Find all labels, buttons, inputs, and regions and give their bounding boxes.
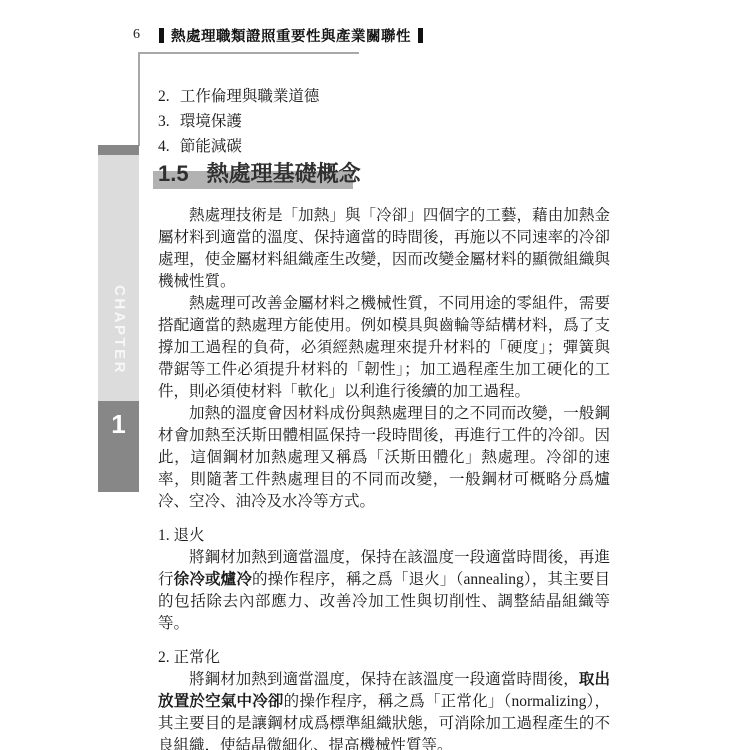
section-number: 1.5 [158, 159, 189, 189]
list-item-label: 環境保護 [180, 113, 242, 130]
list-item-marker: 4. [158, 134, 176, 159]
section-heading: 1.5 熱處理基礎概念 [158, 159, 610, 191]
book-page: 6 熱處理職類證照重要性與產業關聯性 CHAPTER 1 2. 工作倫理與職業道… [0, 0, 750, 750]
paragraph: 加熱的溫度會因材料成份與熱處理目的之不同而改變，一般鋼材會加熱至沃斯田體相區保持… [158, 403, 610, 513]
list-item-marker: 2. [158, 84, 176, 109]
sidebar-top-strip [98, 145, 139, 155]
text-column: 2. 工作倫理與職業道德 3. 環境保護 4. 節能減碳 1.5 熱處理基礎概念… [158, 84, 610, 750]
frame-left-rule [138, 52, 140, 146]
running-header: 熱處理職類證照重要性與產業關聯性 [159, 25, 423, 46]
header-bar-left-icon [159, 28, 164, 43]
chapter-number-badge: 1 [98, 401, 139, 492]
frame-top-rule [138, 52, 359, 54]
paragraph: 熱處理可改善金屬材料之機械性質，不同用途的零組件，需要搭配適當的熱處理方能使用。… [158, 293, 610, 403]
subsection-heading: 2. 正常化 [158, 647, 610, 669]
list-item-marker: 3. [158, 109, 176, 134]
paragraph: 將鋼材加熱到適當溫度，保持在該溫度一段適當時間後，取出放置於空氣中冷卻的操作程序… [158, 669, 610, 750]
list-item: 3. 環境保護 [158, 109, 610, 134]
numbered-list: 2. 工作倫理與職業道德 3. 環境保護 4. 節能減碳 [158, 84, 610, 159]
list-item: 4. 節能減碳 [158, 134, 610, 159]
page-number: 6 [133, 27, 140, 43]
list-item-label: 節能減碳 [180, 138, 242, 155]
paragraph: 熱處理技術是「加熱」與「冷卻」四個字的工藝，藉由加熱金屬材料到適當的溫度、保持適… [158, 205, 610, 293]
chapter-label: CHAPTER [111, 270, 127, 390]
header-bar-right-icon [418, 28, 423, 43]
section-heading-text: 1.5 熱處理基礎概念 [158, 159, 610, 189]
running-header-title: 熱處理職類證照重要性與產業關聯性 [171, 25, 411, 46]
list-item-label: 工作倫理與職業道德 [180, 88, 320, 105]
section-title: 熱處理基礎概念 [207, 159, 361, 189]
paragraph: 將鋼材加熱到適當溫度，保持在該溫度一段適當時間後，再進行徐冷或爐冷的操作程序，稱… [158, 547, 610, 635]
list-item: 2. 工作倫理與職業道德 [158, 84, 610, 109]
subsection-heading: 1. 退火 [158, 525, 610, 547]
